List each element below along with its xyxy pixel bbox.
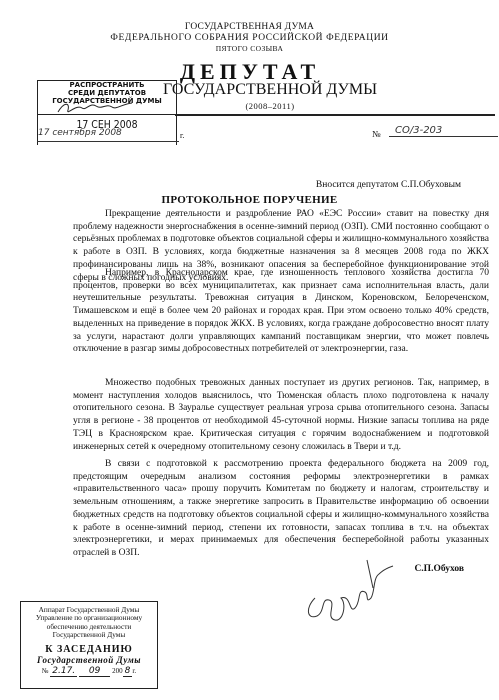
session-year-prefix: 200	[112, 667, 123, 675]
stamp-divider	[38, 114, 176, 115]
date-suffix: г.	[180, 131, 184, 140]
stamp-line-1: РАСПРОСТРАНИТЬ	[38, 81, 176, 89]
doc-number-label: №	[372, 129, 381, 139]
header-rule	[175, 114, 495, 116]
session-stamp-line-4: Государственной Думы	[21, 631, 157, 639]
introduced-by: Вносится депутатом С.П.Обуховым	[316, 180, 461, 190]
document-date: 17 сентября 2008	[38, 128, 122, 138]
session-year-suffix: г.	[132, 667, 136, 675]
letterhead-line-3: ПЯТОГО СОЗЫВА	[0, 44, 499, 53]
paragraph-text: В связи с подготовкой к рассмотрению про…	[73, 458, 489, 560]
session-year-digit: 8	[123, 666, 133, 677]
session-day: 2.17.	[50, 666, 77, 677]
paragraph-3: Множество подобных тревожных данных пост…	[73, 377, 489, 453]
paragraph-text: Множество подобных тревожных данных пост…	[73, 377, 489, 453]
duma-heading: ГОСУДАРСТВЕННОЙ ДУМЫ	[160, 81, 380, 99]
paragraph-text: Например, в Краснодарском крае, где изно…	[73, 267, 489, 356]
stamp-line-2: СРЕДИ ДЕПУТАТОВ	[38, 89, 176, 97]
handwritten-signature-icon	[295, 558, 395, 628]
session-stamp-subheading: Государственной Думы	[21, 655, 157, 665]
session-stamp-heading: К ЗАСЕДАНИЮ	[21, 644, 157, 655]
date-underline	[37, 141, 179, 142]
letterhead-line-2: ФЕДЕРАЛЬНОГО СОБРАНИЯ РОССИЙСКОЙ ФЕДЕРАЦ…	[0, 33, 499, 43]
session-stamp: Аппарат Государственной Думы Управление …	[20, 601, 158, 689]
session-stamp-number: № 2.17. 09 2008г.	[21, 666, 157, 677]
session-number-label: №	[42, 667, 49, 675]
session-month: 09	[79, 666, 110, 677]
document-title: ПРОТОКОЛЬНОЕ ПОРУЧЕНИЕ	[0, 194, 499, 206]
letterhead-line-1: ГОСУДАРСТВЕННАЯ ДУМА	[0, 22, 499, 32]
convocation-years: (2008–2011)	[160, 101, 380, 111]
paragraph-2: Например, в Краснодарском крае, где изно…	[73, 267, 489, 356]
doc-number-value: СО/3-203	[389, 125, 498, 137]
signatory-name: С.П.Обухов	[414, 564, 464, 574]
paragraph-4: В связи с подготовкой к рассмотрению про…	[73, 458, 489, 560]
